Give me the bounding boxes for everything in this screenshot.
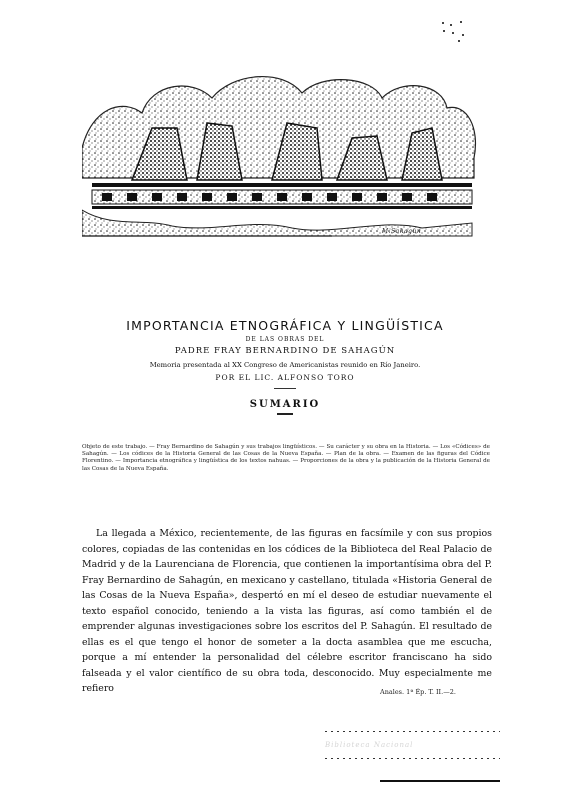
page-number-mark — [440, 18, 470, 46]
body-paragraph: La llegada a México, recientemente, de l… — [82, 526, 492, 697]
frieze-illustration-icon — [82, 68, 482, 243]
subtitle-name: PADRE FRAY BERNARDINO DE SAHAGÚN — [60, 346, 510, 356]
engraver-signature: M.Sahagún — [382, 228, 421, 235]
memoria-note: Memoria presentada al XX Congreso de Ame… — [60, 361, 510, 369]
footnote: Anales. 1ª Ép. T. II.—2. — [380, 688, 456, 696]
stamp-line — [325, 731, 500, 732]
stamp-line — [325, 758, 500, 759]
header-engraving — [82, 68, 482, 243]
separator-rule — [274, 388, 296, 389]
author-line: POR EL LIC. ALFONSO TORO — [60, 373, 510, 382]
stamp-underline — [380, 780, 500, 782]
title-block: IMPORTANCIA ETNOGRÁFICA Y LINGÜÍSTICA DE… — [60, 318, 510, 415]
article-title: IMPORTANCIA ETNOGRÁFICA Y LINGÜÍSTICA — [60, 318, 510, 333]
stamp-text-1: Biblioteca Nacional — [325, 741, 500, 749]
subtitle-small: DE LAS OBRAS DEL — [60, 336, 510, 343]
body-text: La llegada a México, recientemente, de l… — [82, 526, 492, 697]
sumario-rule — [277, 413, 293, 415]
sumario-heading: SUMARIO — [60, 399, 510, 410]
summary-paragraph: Objeto de este trabajo. — Fray Bernardin… — [82, 444, 490, 473]
library-stamp: Biblioteca Nacional — [325, 722, 500, 782]
